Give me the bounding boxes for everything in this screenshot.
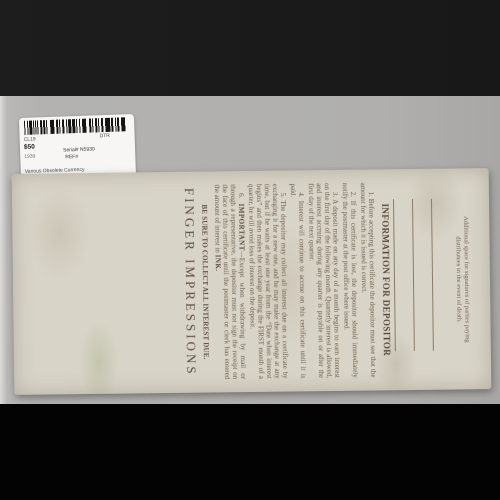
- signature-space-note: Additional space for signatures of parti…: [454, 204, 471, 354]
- signature-line: [412, 199, 415, 351]
- paragraph-4: 4. Interest will continue to accrue on t…: [289, 183, 307, 378]
- paragraph-6-important: 6. IMPORTANT—Except when withdrawing by …: [213, 184, 247, 379]
- certificate-document: Additional space for signatures of parti…: [12, 168, 492, 395]
- holder-left-edge-highlight: [0, 96, 7, 404]
- certificate-body: 1. Before accepting this certificate the…: [183, 182, 377, 379]
- label-code-left: CL19: [24, 136, 36, 142]
- important-lead: 6.: [237, 193, 245, 204]
- signature-line: [393, 199, 396, 351]
- paragraph-5: 5. The depositor may collect all interes…: [247, 184, 289, 379]
- certificate-title: INFORMATION FOR DEPOSITOR: [380, 169, 393, 390]
- label-serial: Serial# N5930: [63, 146, 95, 153]
- finger-impressions-heading: FINGER IMPRESSIONS: [185, 185, 195, 380]
- signature-line: [431, 199, 434, 351]
- important-keyword: IMPORTANT: [237, 204, 246, 251]
- barcode-icon: [24, 117, 126, 135]
- plastic-holder: CL19 DTR $50 1939 Serial# N5930 REF# Var…: [0, 96, 500, 404]
- certificate-back-face: Additional space for signatures of parti…: [12, 168, 492, 395]
- label-denomination: $50: [24, 143, 35, 150]
- paragraph-3: 3. A deposit made on any day of a month …: [307, 183, 341, 378]
- paragraph-1: 1. Before accepting this certificate the…: [359, 182, 377, 377]
- label-ref: REF#: [65, 154, 78, 160]
- important-ink-emphasis: INK.: [214, 255, 222, 272]
- paragraph-2: 2. If this certificate is lost, the depo…: [341, 183, 359, 378]
- label-code-right: DTR: [99, 133, 109, 139]
- label-year: 1939: [24, 153, 35, 159]
- graded-currency-photo: CL19 DTR $50 1939 Serial# N5930 REF# Var…: [0, 0, 500, 500]
- collect-interest-notice: BE SURE TO COLLECT ALL INTEREST DUE.: [200, 185, 210, 380]
- background-top-band: [0, 0, 500, 96]
